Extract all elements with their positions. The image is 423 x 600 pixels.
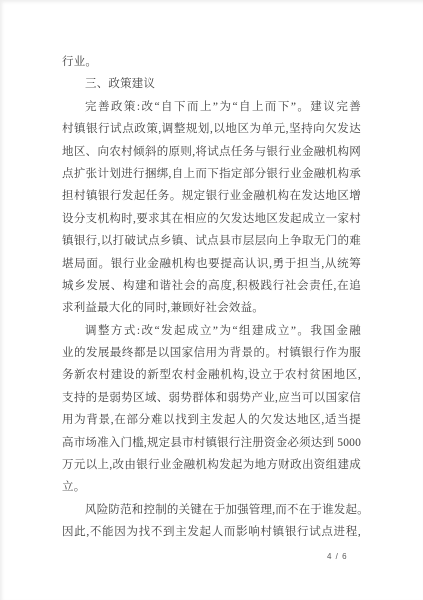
text-line: 镇银行,以打破试点乡镇、试点县市层层向上争取无门的难	[62, 230, 361, 252]
text-line: 高市场准入门槛,规定县市村镇银行注册资金必须达到 5000	[62, 432, 361, 454]
text-line: 堪局面。银行业金融机构也要提高认识,勇于担当,从统筹	[62, 253, 361, 275]
text-line: 完善政策:改“自下而上”为“自上而下”。建议完善	[62, 96, 361, 118]
text-line: 风险防范和控制的关键在于加强管理,而不在于谁发起。	[62, 499, 361, 521]
text-line: 地区、向农村倾斜的原则,将试点任务与银行业金融机构网	[62, 141, 361, 163]
text-line: 万元以上,改由银行业金融机构发起为地方财政出资组建成	[62, 454, 361, 476]
document-body: 行业。三、政策建议完善政策:改“自下而上”为“自上而下”。建议完善村镇银行试点政…	[62, 51, 361, 544]
text-line: 立。	[62, 476, 361, 498]
document-page: 行业。三、政策建议完善政策:改“自下而上”为“自上而下”。建议完善村镇银行试点政…	[0, 0, 423, 600]
text-line: 村镇银行试点政策,调整规划,以地区为单元,坚持向欠发达	[62, 118, 361, 140]
text-line: 支持的是弱势区域、弱势群体和弱势产业,应当可以国家信	[62, 387, 361, 409]
text-line: 担村镇银行发起任务。规定银行业金融机构在发达地区增	[62, 185, 361, 207]
page-number: 4 / 6	[327, 552, 348, 561]
text-line: 点扩张计划进行捆绑,自上而下指定部分银行业金融机构承	[62, 163, 361, 185]
text-line: 用为背景,在部分难以找到主发起人的欠发达地区,适当提	[62, 409, 361, 431]
text-line: 求利益最大化的同时,兼顾好社会效益。	[62, 297, 361, 319]
text-line: 行业。	[62, 51, 361, 73]
text-line: 业的发展最终都是以国家信用为背景的。村镇银行作为服	[62, 342, 361, 364]
text-line: 城乡发展、构建和谐社会的高度,积极践行社会责任,在追	[62, 275, 361, 297]
text-line: 务新农村建设的新型农村金融机构,设立于农村贫困地区,	[62, 364, 361, 386]
text-line: 设分支机构时,要求其在相应的欠发达地区发起成立一家村	[62, 208, 361, 230]
text-line: 调整方式:改“发起成立”为“组建成立”。我国金融	[62, 320, 361, 342]
text-line: 因此,不能因为找不到主发起人而影响村镇银行试点进程,	[62, 521, 361, 543]
text-line: 三、政策建议	[62, 73, 361, 95]
